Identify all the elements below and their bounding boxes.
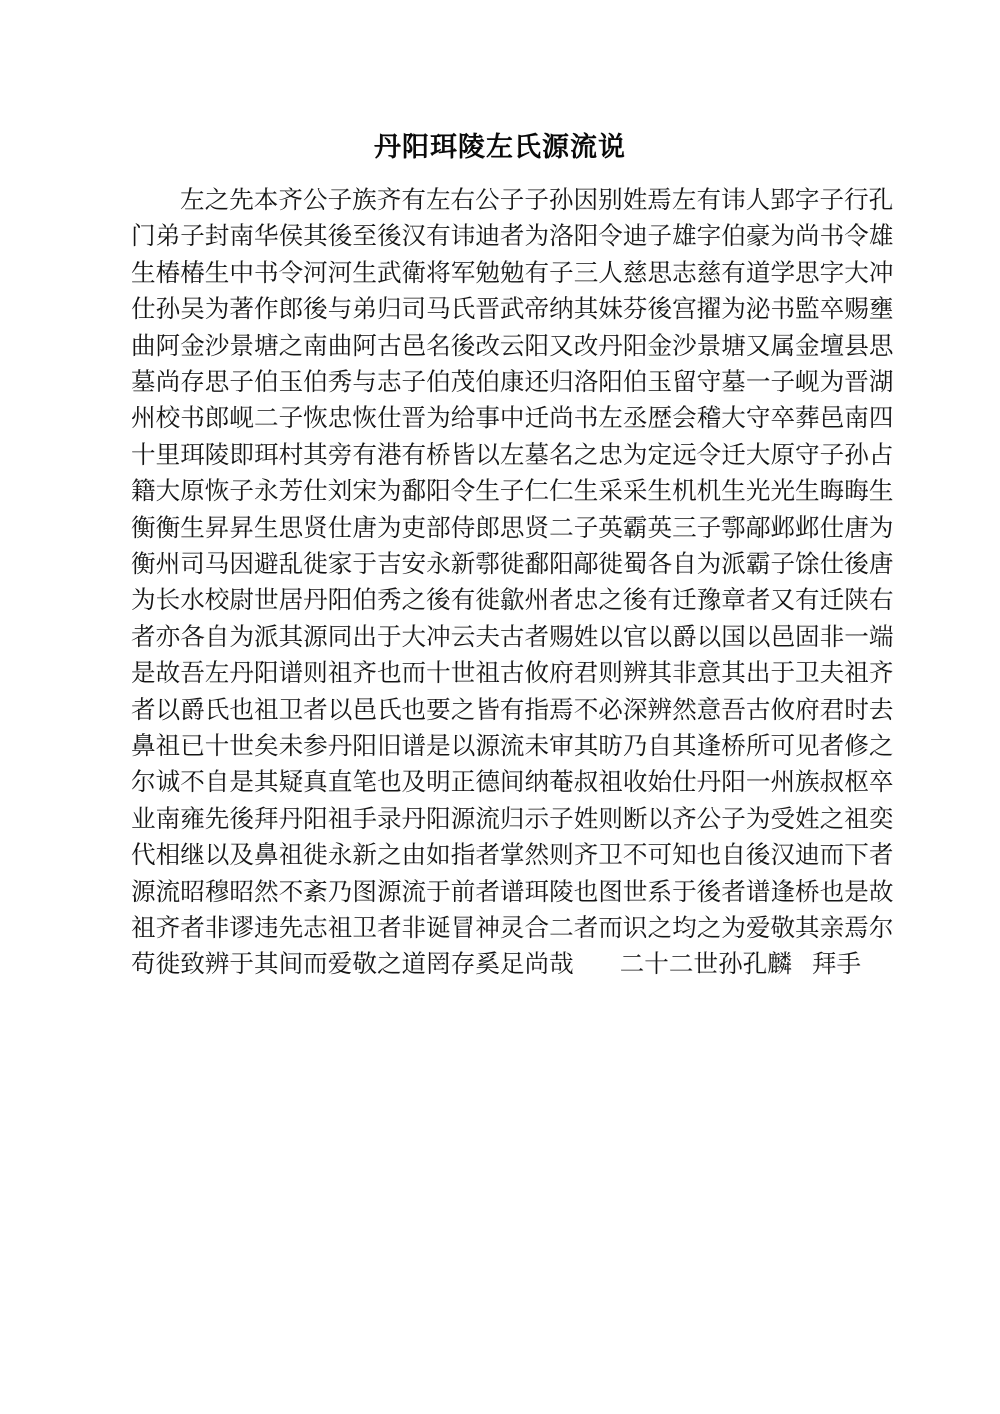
closing-line: 苟徙致辨于其间而爱敬之道罔存奚足尚哉二十二世孙孔麟拜手 bbox=[131, 946, 861, 982]
paragraph-line: 业南雍先後拜丹阳祖手录丹阳源流归示子姓则断以齐公子为受姓之祖奕 bbox=[131, 801, 893, 837]
paragraph-line: 代相继以及鼻祖徙永新之由如指者掌然则齐卫不可知也自後汉迪而下者 bbox=[131, 837, 893, 873]
paragraph-line: 门弟子封南华侯其後至後汉有讳迪者为洛阳令迪子雄字伯豪为尚书令雄 bbox=[131, 218, 893, 254]
paragraph-line: 为长水校尉世居丹阳伯秀之後有徙歙州者忠之後有迁豫章者又有迁陕右 bbox=[131, 582, 893, 618]
paragraph-line: 籍大原恢子永芳仕刘宋为鄱阳令生子仁仁生采采生机机生光光生晦晦生 bbox=[131, 473, 893, 509]
paragraph-line: 衡衡生昇昇生思贤仕唐为吏部侍郎思贤二子英霸英三子鄠鄗邺邺仕唐为 bbox=[131, 510, 893, 546]
paragraph-line: 十里珥陵即珥村其旁有港有桥皆以左墓名之忠为定远令迁大原守子孙占 bbox=[131, 437, 893, 473]
paragraph-line: 衡州司马因避乱徙家于吉安永新鄠徙鄱阳鄗徙蜀各自为派霸子馀仕後唐 bbox=[131, 546, 893, 582]
signature: 二十二世孙孔麟拜手 bbox=[620, 946, 861, 982]
closing-text: 苟徙致辨于其间而爱敬之道罔存奚足尚哉 bbox=[131, 949, 574, 978]
document-body: 左之先本齐公子族齐有左右公子子孙因别姓焉左有讳人郢字子行孔 门弟子封南华侯其後至… bbox=[131, 182, 871, 983]
paragraph-line: 尔诚不自是其疑真直笔也及明正德间纳菴叔祖收始仕丹阳一州族叔枢卒 bbox=[131, 764, 893, 800]
document-title: 丹阳珥陵左氏源流说 bbox=[0, 128, 1000, 168]
document-page: 丹阳珥陵左氏源流说 左之先本齐公子族齐有左右公子子孙因别姓焉左有讳人郢字子行孔 … bbox=[0, 0, 1000, 1414]
paragraph-line: 生椿椿生中书令河河生武衛将军勉勉有子三人慈思志慈有道学思字大冲 bbox=[131, 255, 893, 291]
paragraph-line: 曲阿金沙景塘之南曲阿古邑名後改云阳又改丹阳金沙景塘又属金壇县思 bbox=[131, 328, 893, 364]
paragraph-line: 仕孙吴为著作郎後与弟归司马氏晋武帝纳其妹芬後宫擢为泌书監卒赐壅 bbox=[131, 291, 893, 327]
paragraph-line: 鼻祖已十世矣未参丹阳旧谱是以源流未审其昉乃自其逢桥所可见者修之 bbox=[131, 728, 893, 764]
paragraph-line: 左之先本齐公子族齐有左右公子子孙因别姓焉左有讳人郢字子行孔 bbox=[131, 182, 893, 218]
signature-salutation: 拜手 bbox=[812, 949, 861, 978]
paragraph-line: 是故吾左丹阳谱则祖齐也而十世祖古攸府君则辨其非意其出于卫夫祖齐 bbox=[131, 655, 893, 691]
paragraph-line: 源流昭穆昭然不紊乃图源流于前者谱珥陵也图世系于後者谱逢桥也是故 bbox=[131, 874, 893, 910]
paragraph-line: 州校书郎岘二子恢忠恢仕晋为给事中迁尚书左丞歴会稽大守卒葬邑南四 bbox=[131, 400, 893, 436]
paragraph-line: 者以爵氏也祖卫者以邑氏也要之皆有指焉不必深辨然意吾古攸府君时去 bbox=[131, 692, 893, 728]
signature-author: 二十二世孙孔麟 bbox=[620, 949, 792, 978]
paragraph-line: 祖齐者非谬违先志祖卫者非诞冒神灵合二者而识之均之为爱敬其亲焉尔 bbox=[131, 910, 893, 946]
paragraph-line: 者亦各自为派其源同出于大冲云夫古者赐姓以官以爵以国以邑固非一端 bbox=[131, 619, 893, 655]
paragraph-line: 墓尚存思子伯玉伯秀与志子伯茂伯康还归洛阳伯玉留守墓一子岘为晋湖 bbox=[131, 364, 893, 400]
